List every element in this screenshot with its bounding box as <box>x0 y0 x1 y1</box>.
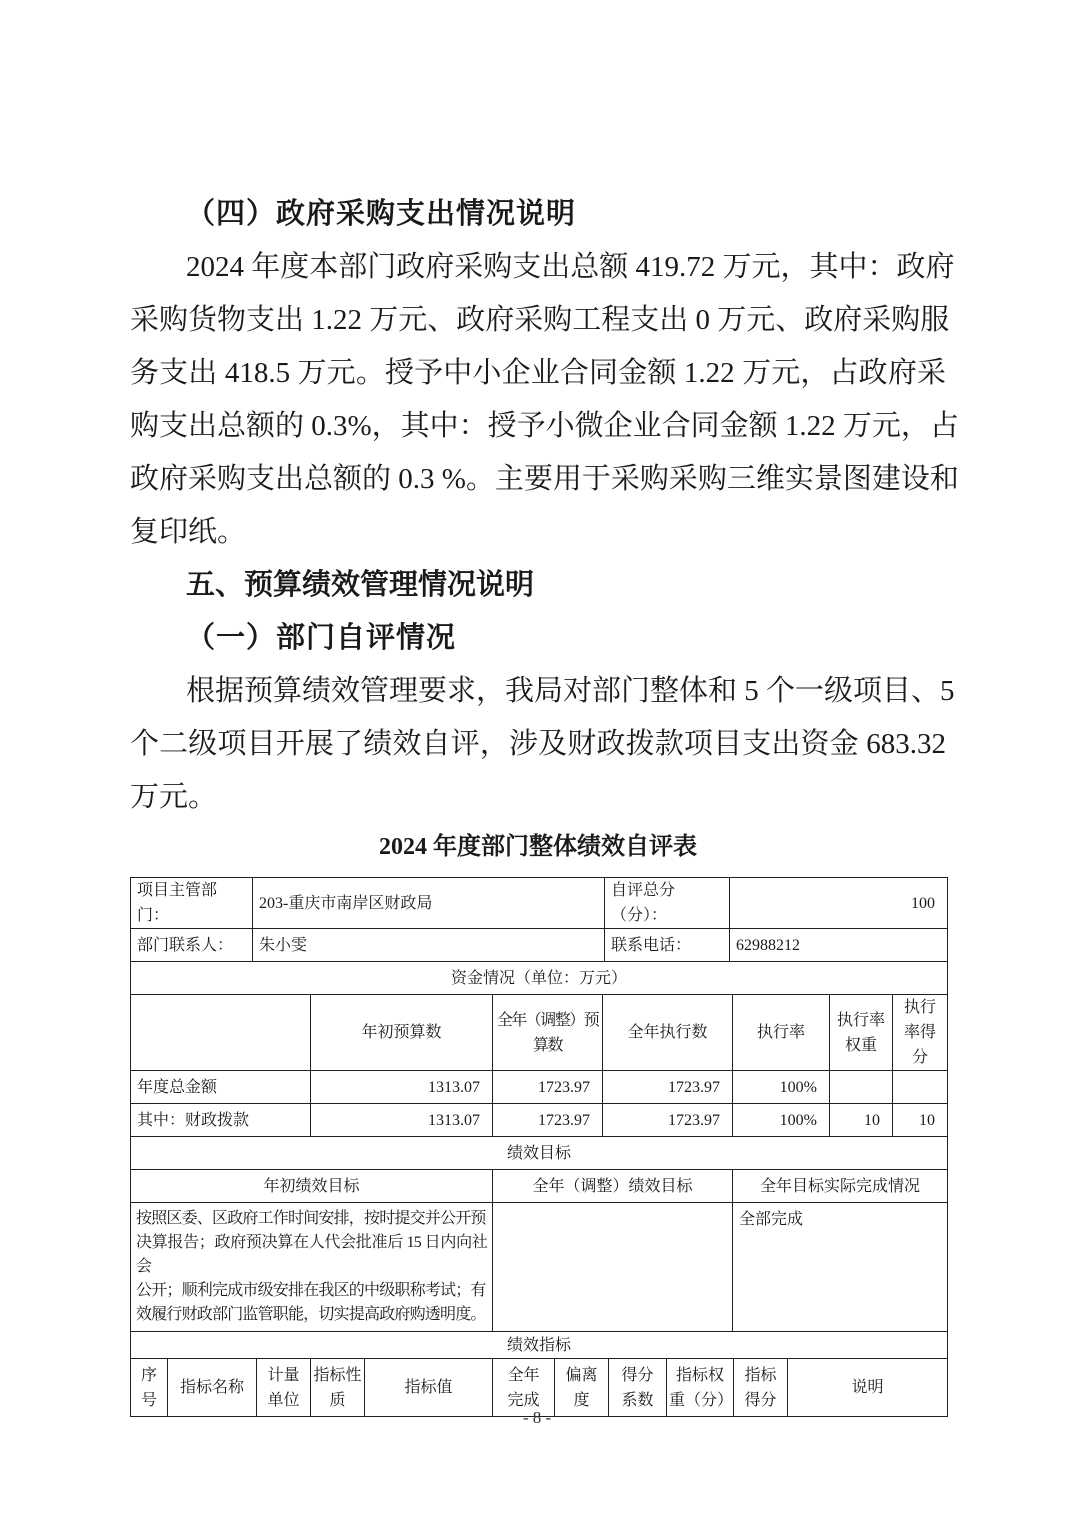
goals-section-title: 绩效目标 <box>131 1137 948 1170</box>
section-4-paragraph: 2024 年度本部门政府采购支出总额 419.72 万元，其中：政府 采购货物支… <box>130 241 946 559</box>
table-row: 部门联系人： 朱小雯 联系电话： 62988212 <box>131 929 948 962</box>
funds-header-initial-budget: 年初预算数 <box>311 995 493 1071</box>
goals-header-adjusted: 全年（调整）绩效目标 <box>493 1170 733 1203</box>
table-row: 按照区委、区政府工作时间安排，按时提交并公开预 决算报告；政府预决算在人代会批准… <box>131 1203 948 1332</box>
cell-total-weight <box>830 1071 893 1104</box>
cell-score-label: 自评总分（分）： <box>605 878 730 929</box>
indicators-table: 绩效指标 序 号 指标名称 计量 单位 指标性 质 指标值 全年 完成 偏离 度… <box>130 1331 948 1417</box>
page-content: （四）政府采购支出情况说明 2024 年度本部门政府采购支出总额 419.72 … <box>130 188 946 1417</box>
info-table: 项目主管部门： 203-重庆市南岸区财政局 自评总分（分）： 100 部门联系人… <box>130 877 948 962</box>
goals-header-initial: 年初绩效目标 <box>131 1170 493 1203</box>
cell-adjusted-goal <box>493 1203 733 1332</box>
body-line: 购支出总额的 0.3%，其中：授予小微企业合同金额 1.22 万元，占 <box>130 400 946 453</box>
body-line: 政府采购支出总额的 0.3 %。主要用于采购采购三维实景图建设和 <box>130 453 946 506</box>
section-5-1-heading: （一）部门自评情况 <box>130 612 946 665</box>
funds-header-executed: 全年执行数 <box>603 995 733 1071</box>
goals-header-completion: 全年目标实际完成情况 <box>733 1170 948 1203</box>
cell-total-label: 年度总金额 <box>131 1071 311 1104</box>
cell-total-initial: 1313.07 <box>311 1071 493 1104</box>
section-5-heading: 五、预算绩效管理情况说明 <box>130 559 946 612</box>
self-evaluation-table: 项目主管部门： 203-重庆市南岸区财政局 自评总分（分）： 100 部门联系人… <box>130 877 947 1417</box>
table-row: 其中：财政拨款 1313.07 1723.97 1723.97 100% 10 … <box>131 1104 948 1137</box>
cell-fiscal-label: 其中：财政拨款 <box>131 1104 311 1137</box>
body-line: 2024 年度本部门政府采购支出总额 419.72 万元，其中：政府 <box>130 241 946 294</box>
funds-header-adjusted-budget: 全年（调整）预 算数 <box>493 995 603 1071</box>
cell-goal-completion: 全部完成 <box>733 1203 948 1332</box>
cell-fiscal-initial: 1313.07 <box>311 1104 493 1137</box>
page-number: - 8 - <box>0 1408 1074 1428</box>
table-header-row: 年初绩效目标 全年（调整）绩效目标 全年目标实际完成情况 <box>131 1170 948 1203</box>
table-row: 绩效目标 <box>131 1137 948 1170</box>
body-line: 务支出 418.5 万元。授予中小企业合同金额 1.22 万元，占政府采 <box>130 347 946 400</box>
cell-dept-value: 203-重庆市南岸区财政局 <box>253 878 605 929</box>
cell-total-score <box>893 1071 948 1104</box>
cell-fiscal-adjusted: 1723.97 <box>493 1104 603 1137</box>
cell-phone-value: 62988212 <box>730 929 948 962</box>
section-5-paragraph: 根据预算绩效管理要求，我局对部门整体和 5 个一级项目、5 个二级项目开展了绩效… <box>130 665 946 824</box>
cell-fiscal-score: 10 <box>893 1104 948 1137</box>
cell-total-rate: 100% <box>733 1071 830 1104</box>
funds-section-title: 资金情况（单位：万元） <box>131 962 948 995</box>
cell-contact-label: 部门联系人： <box>131 929 253 962</box>
table-row: 项目主管部门： 203-重庆市南岸区财政局 自评总分（分）： 100 <box>131 878 948 929</box>
body-line: 万元。 <box>130 771 946 824</box>
funds-header-execution-rate: 执行率 <box>733 995 830 1071</box>
cell-phone-label: 联系电话： <box>605 929 730 962</box>
cell-initial-goal: 按照区委、区政府工作时间安排，按时提交并公开预 决算报告；政府预决算在人代会批准… <box>131 1203 493 1332</box>
cell-contact-value: 朱小雯 <box>253 929 605 962</box>
funds-header-blank <box>131 995 311 1071</box>
body-line: 根据预算绩效管理要求，我局对部门整体和 5 个一级项目、5 <box>130 665 946 718</box>
table-row: 年度总金额 1313.07 1723.97 1723.97 100% <box>131 1071 948 1104</box>
cell-fiscal-executed: 1723.97 <box>603 1104 733 1137</box>
table-header-row: 年初预算数 全年（调整）预 算数 全年执行数 执行率 执行率 权重 执行 率得 … <box>131 995 948 1071</box>
body-line: 采购货物支出 1.22 万元、政府采购工程支出 0 万元、政府采购服 <box>130 294 946 347</box>
cell-total-executed: 1723.97 <box>603 1071 733 1104</box>
table-row: 资金情况（单位：万元） <box>131 962 948 995</box>
funds-table: 资金情况（单位：万元） 年初预算数 全年（调整）预 算数 全年执行数 执行率 执… <box>130 961 948 1137</box>
table-row: 绩效指标 <box>131 1332 948 1359</box>
table-title: 2024 年度部门整体绩效自评表 <box>130 830 946 864</box>
section-4-heading: （四）政府采购支出情况说明 <box>130 188 946 241</box>
goals-table: 绩效目标 年初绩效目标 全年（调整）绩效目标 全年目标实际完成情况 按照区委、区… <box>130 1136 948 1332</box>
funds-header-rate-score: 执行 率得 分 <box>893 995 948 1071</box>
funds-header-rate-weight: 执行率 权重 <box>830 995 893 1071</box>
document-page: { "doc": { "s4": { "heading": "（四）政府采购支出… <box>0 0 1074 1520</box>
cell-fiscal-weight: 10 <box>830 1104 893 1137</box>
indicators-section-title: 绩效指标 <box>131 1332 948 1359</box>
cell-dept-label: 项目主管部门： <box>131 878 253 929</box>
body-line: 个二级项目开展了绩效自评，涉及财政拨款项目支出资金 683.32 <box>130 718 946 771</box>
cell-total-adjusted: 1723.97 <box>493 1071 603 1104</box>
cell-fiscal-rate: 100% <box>733 1104 830 1137</box>
body-line: 复印纸。 <box>130 506 946 559</box>
cell-score-value: 100 <box>730 878 948 929</box>
